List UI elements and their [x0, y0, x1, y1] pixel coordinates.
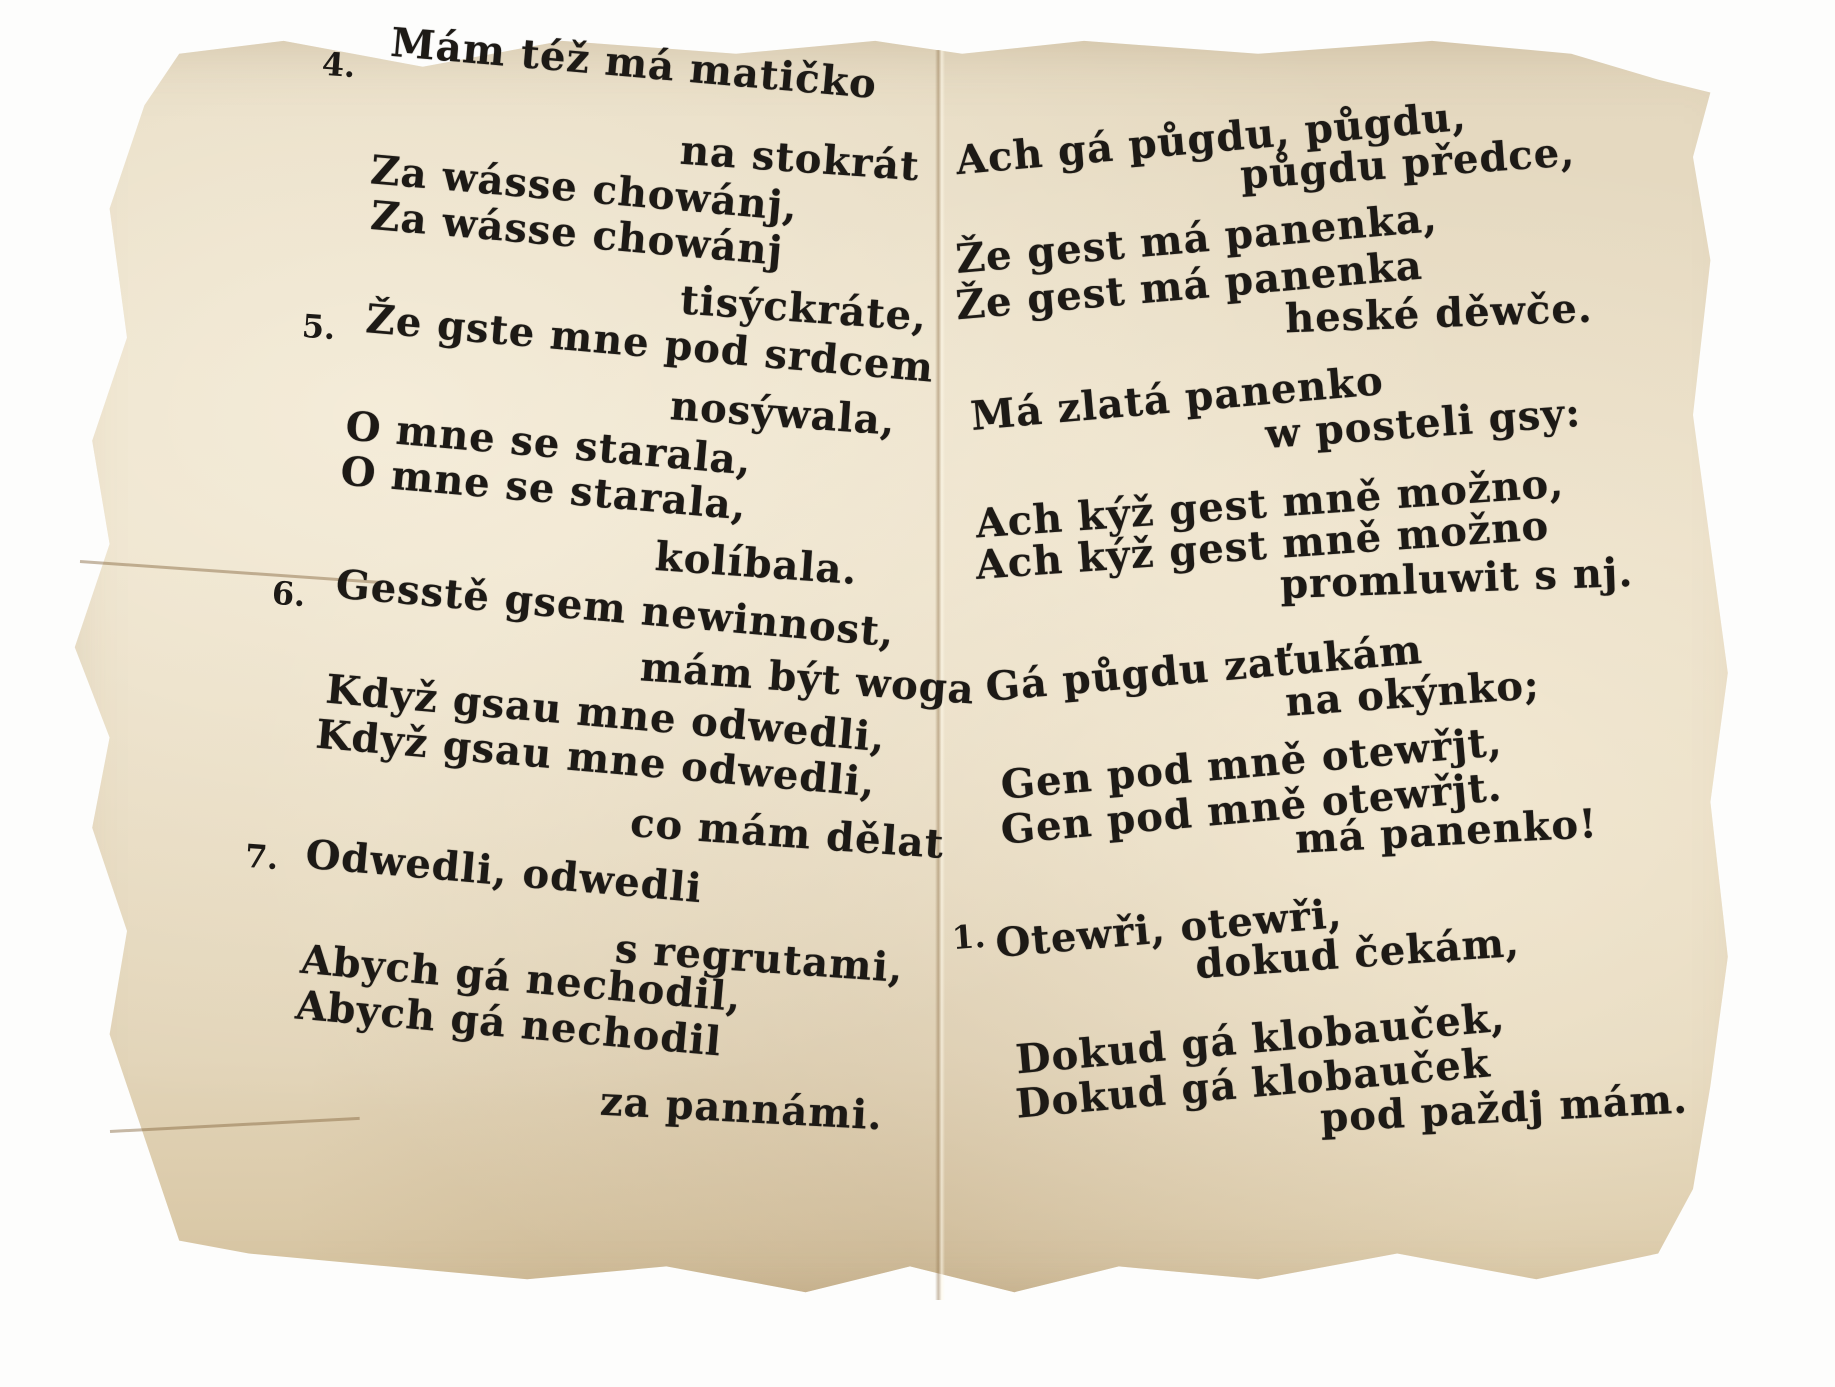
verse-number: 7.: [244, 837, 280, 877]
verse-number: 4.: [321, 45, 357, 85]
verse-number: 5.: [301, 307, 337, 347]
verse-number: 6.: [271, 574, 307, 614]
verse-number: 1.: [951, 917, 987, 957]
